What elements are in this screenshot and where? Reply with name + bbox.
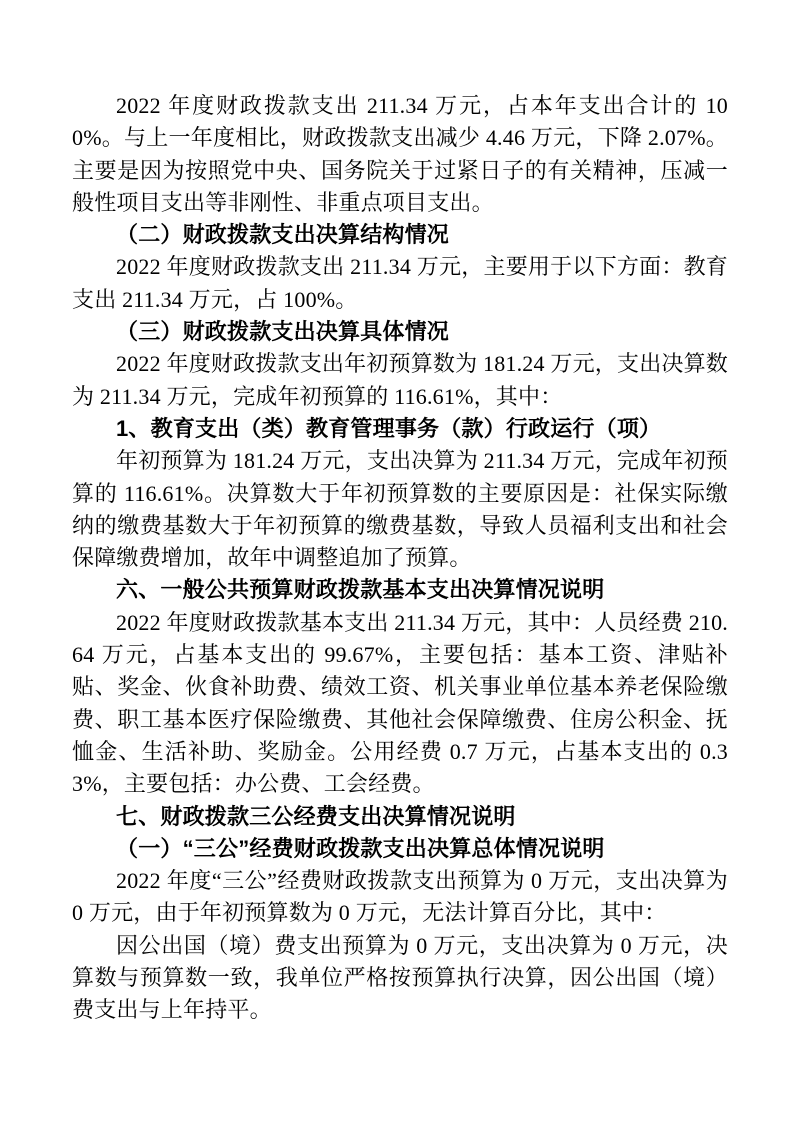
paragraph: 因公出国（境）费支出预算为 0 万元，支出决算为 0 万元，决算数与预算数一致，… [72,930,728,1027]
section-heading: （三）财政拨款支出决算具体情况 [72,316,728,348]
section-heading: （二）财政拨款支出决算结构情况 [72,219,728,251]
paragraph: 2022 年度财政拨款基本支出 211.34 万元，其中：人员经费 210.64… [72,607,728,801]
paragraph: 2022 年度财政拨款支出 211.34 万元，占本年支出合计的 100%。与上… [72,90,728,219]
paragraph: 年初预算为 181.24 万元，支出决算为 211.34 万元，完成年初预算的 … [72,445,728,574]
document-body: 2022 年度财政拨款支出 211.34 万元，占本年支出合计的 100%。与上… [72,90,728,1027]
document-page: 2022 年度财政拨款支出 211.34 万元，占本年支出合计的 100%。与上… [0,0,793,1122]
section-heading: 六、一般公共预算财政拨款基本支出决算情况说明 [72,574,728,606]
paragraph: 2022 年度财政拨款支出年初预算数为 181.24 万元，支出决算数为 211… [72,348,728,413]
paragraph: 2022 年度财政拨款支出 211.34 万元，主要用于以下方面：教育支出 21… [72,251,728,316]
section-heading: 七、财政拨款三公经费支出决算情况说明 [72,801,728,833]
section-heading: （一）“三公”经费财政拨款支出决算总体情况说明 [72,833,728,865]
paragraph: 2022 年度“三公”经费财政拨款支出预算为 0 万元，支出决算为 0 万元，由… [72,865,728,930]
section-heading: 1、教育支出（类）教育管理事务（款）行政运行（项） [72,413,728,445]
